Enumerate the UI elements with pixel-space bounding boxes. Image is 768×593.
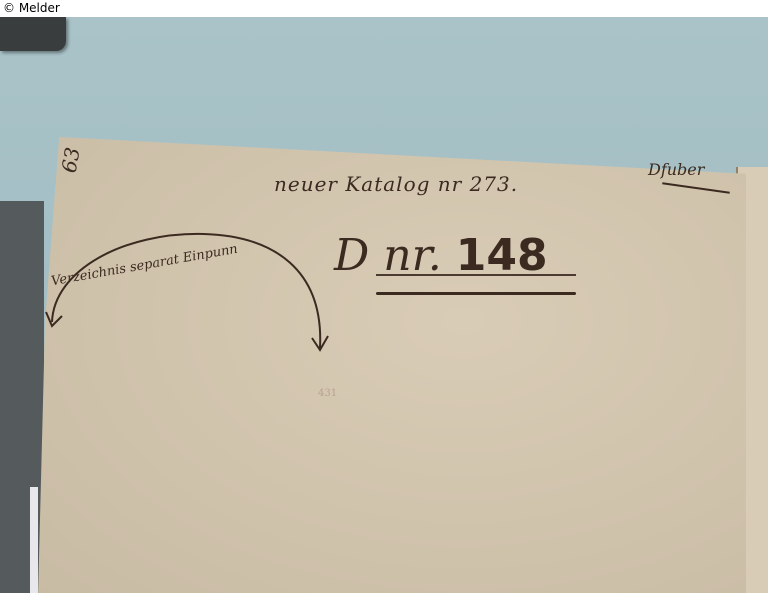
katalog-inscription: neuer Katalog nr 273. [274, 172, 518, 196]
owner-signature: Dfuber [648, 160, 704, 179]
shelf-mark-underline [376, 292, 576, 295]
copyright-caption: © Melder [0, 0, 768, 17]
book-inner-cover-page [38, 137, 746, 593]
pencil-mark: 431 [318, 388, 337, 399]
page-edge [30, 487, 38, 593]
strikethrough-line [376, 274, 576, 276]
folio-number: 63 [57, 145, 85, 174]
dark-device-corner [0, 17, 66, 51]
